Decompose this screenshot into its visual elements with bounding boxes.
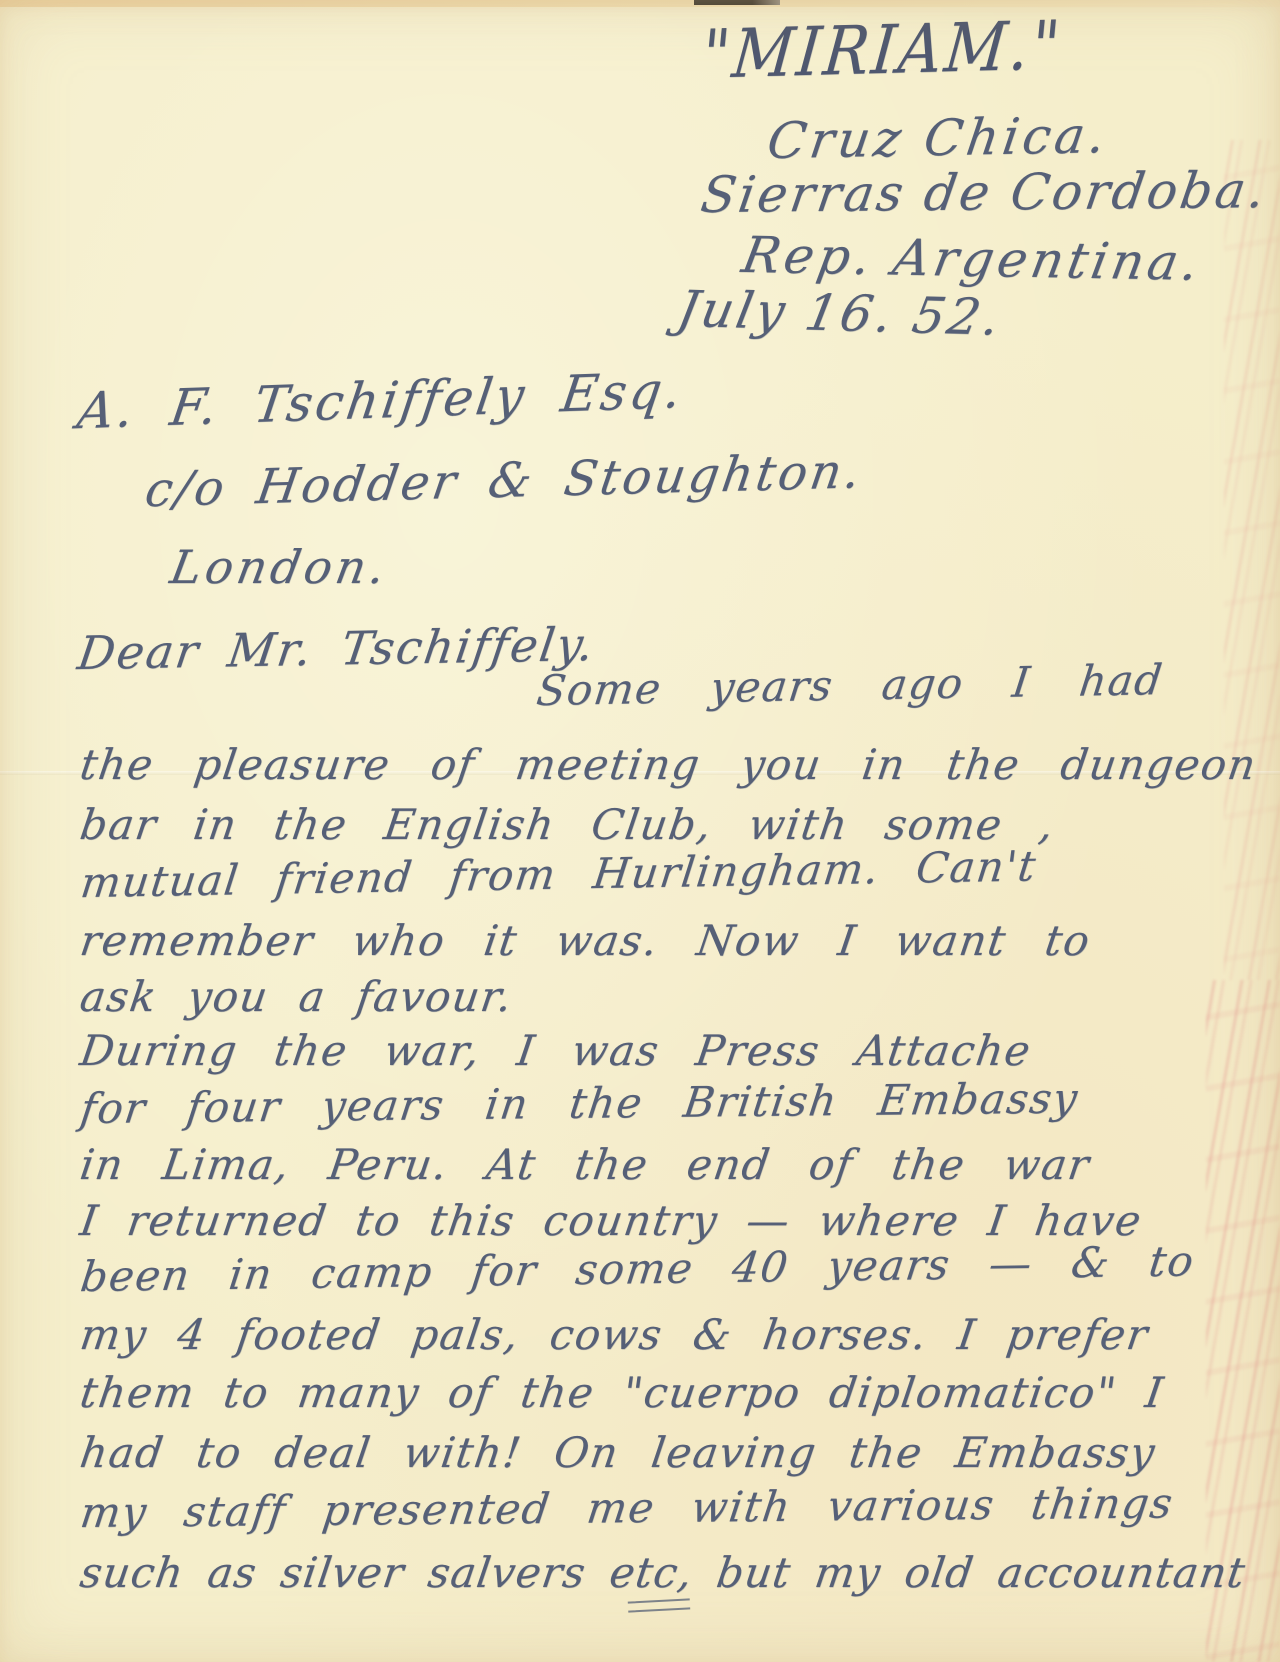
body-line: ask you a favour. [77,972,516,1021]
body-line: mutual friend from Hurlingham. Can't [78,841,1040,907]
body-line: had to deal with! On leaving the Embassy [77,1428,1159,1477]
body-line: been in camp for some 40 years — & to [78,1236,1198,1301]
body-line: the pleasure of meeting you in the dunge… [77,740,1260,789]
body-line: for four years in the British Embassy [78,1074,1082,1134]
body-line: such as silver salvers etc, but my old a… [77,1548,1249,1597]
recipient-name-line: A. F. Tschiffely Esq. [74,361,688,440]
scan-artifact [694,0,780,5]
body-line: my staff presented me with various thing… [78,1478,1177,1537]
letter-page: "MIRIAM." Cruz Chica. Sierras de Cordoba… [0,0,1280,1662]
body-line: During the war, I was Press Attache [77,1026,1035,1075]
body-line: bar in the English Club, with some , [77,800,1058,849]
recipient-careof-line: c/o Hodder & Stoughton. [142,443,867,518]
date-line: July 16. 52. [673,280,1007,347]
salutation: Dear Mr. Tschiffely. [74,617,598,680]
address-place-line: Cruz Chica. [764,106,1113,170]
address-region-line: Sierras de Cordoba. [697,161,1271,224]
recipient-city-line: London. [166,540,393,594]
house-name: "MIRIAM." [698,7,1065,95]
body-line: them to many of the "cuerpo diplomatico"… [77,1368,1167,1417]
ink-bleed-through-upper [1224,140,1280,980]
scan-top-edge [0,0,1280,7]
body-line: Some years ago I had [534,655,1166,715]
body-line: my 4 footed pals, cows & horses. I prefe… [77,1310,1152,1359]
body-line: in Lima, Peru. At the end of the war [77,1140,1093,1189]
address-country-line: Rep. Argentina. [738,226,1207,292]
body-line: remember who it was. Now I want to [77,916,1094,965]
etc-double-underline [628,1598,690,1612]
body-line: I returned to this country — where I hav… [77,1196,1145,1245]
